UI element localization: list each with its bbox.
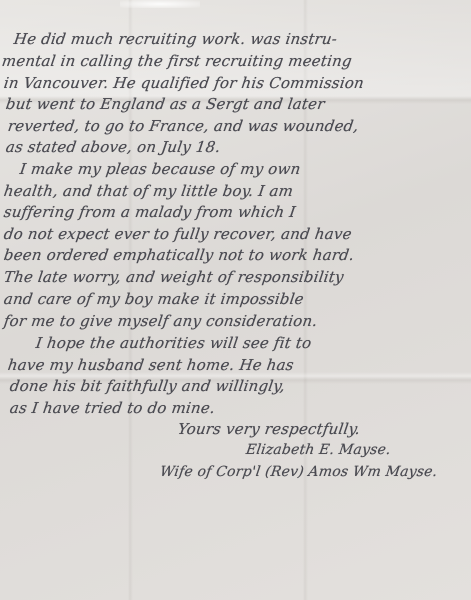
letter-line: I make my pleas because of my own: [19, 160, 302, 178]
letter-line: mental in calling the first recruiting m…: [1, 52, 353, 70]
letter-line: suffering from a malady from which I: [3, 203, 297, 221]
letter-line: health, and that of my little boy. I am: [3, 182, 295, 200]
letter-signature-title: Wife of Corp'l (Rev) Amos Wm Mayse.: [159, 464, 439, 480]
letter-line: I hope the authorities will see fit to: [35, 334, 313, 352]
letter-line: done his bit faithfully and willingly,: [9, 377, 287, 395]
letter-line: The late worry, and weight of responsibi…: [3, 268, 345, 286]
letter-line: He did much recruiting work. was instru-: [13, 30, 339, 48]
letter-line: do not expect ever to fully recover, and…: [3, 225, 353, 243]
paper-crease: [120, 0, 200, 8]
letter-line: as I have tried to do mine.: [9, 399, 217, 417]
letter-line: reverted, to go to France, and was wound…: [7, 117, 360, 135]
letter-line: been ordered emphatically not to work ha…: [3, 246, 356, 264]
letter-line: but went to England as a Sergt and later: [5, 95, 326, 113]
letter-line: have my husband sent home. He has: [7, 356, 295, 374]
letter-line: for me to give myself any consideration.: [3, 312, 319, 330]
letter-line: in Vancouver. He qualified for his Commi…: [3, 74, 366, 92]
letter-line: as stated above, on July 18.: [5, 138, 222, 156]
letter-page: He did much recruiting work. was instru-…: [0, 0, 471, 600]
letter-line: and care of my boy make it impossible: [3, 290, 305, 308]
letter-closing: Yours very respectfully.: [177, 420, 362, 438]
letter-signature: Elizabeth E. Mayse.: [245, 442, 392, 458]
